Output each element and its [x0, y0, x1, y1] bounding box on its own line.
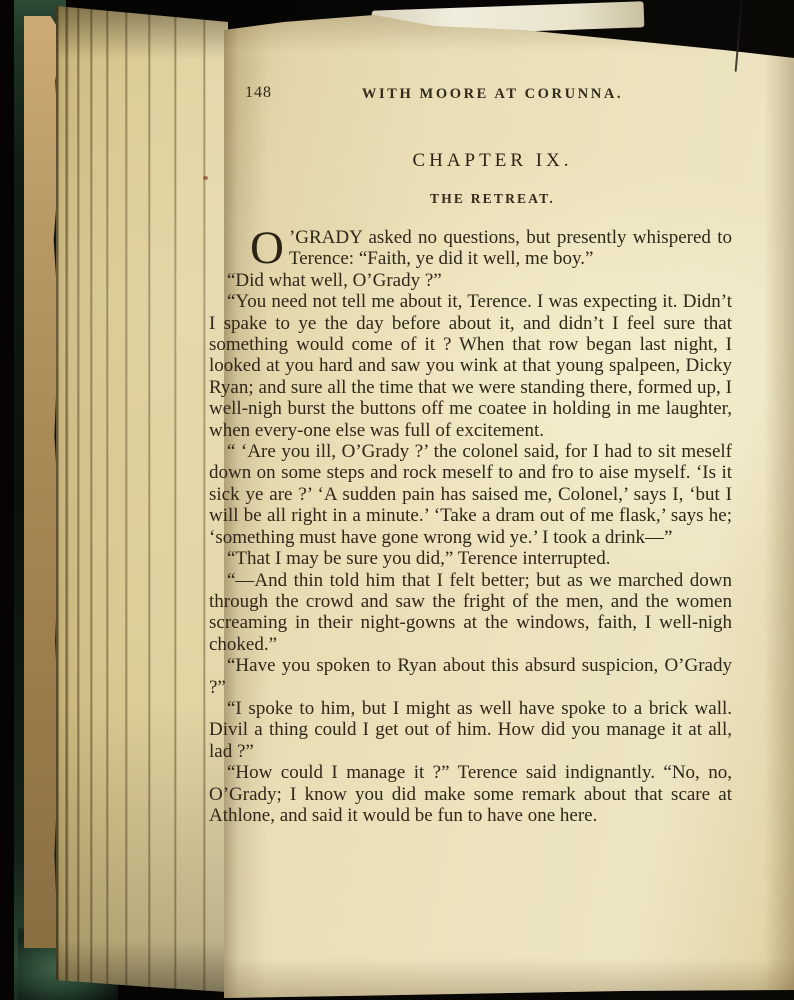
paragraph: “How could I manage it ?” Terence said i… — [209, 762, 732, 826]
paragraph: “I spoke to him, but I might as well hav… — [209, 698, 732, 762]
paragraph: “Have you spoken to Ryan about this absu… — [209, 655, 732, 698]
running-header: WITH MOORE AT CORUNNA. — [240, 86, 745, 103]
chapter-subtitle: THE RETREAT. — [240, 191, 745, 207]
paragraph-text: ’GRADY asked no questions, but presently… — [289, 227, 732, 269]
paragraph: “Did what well, O’Grady ?” — [209, 270, 732, 291]
paragraph: “You need not tell me about it, Terence.… — [209, 291, 732, 441]
paragraph: “—And thin told him that I felt better; … — [209, 570, 732, 656]
body-text: O’GRADY asked no questions, but presentl… — [209, 227, 732, 826]
chapter-heading: CHAPTER IX. — [240, 150, 745, 172]
book-photograph: 148 WITH MOORE AT CORUNNA. CHAPTER IX. T… — [0, 0, 794, 1000]
paragraph: O’GRADY asked no questions, but presentl… — [209, 227, 732, 270]
paper-fleck — [203, 176, 208, 180]
paragraph: “That I may be sure you did,” Terence in… — [209, 548, 732, 569]
paragraph: “ ‘Are you ill, O’Grady ?’ the colonel s… — [209, 441, 732, 548]
page-content: 148 WITH MOORE AT CORUNNA. CHAPTER IX. T… — [0, 0, 794, 1000]
drop-cap: O — [250, 227, 289, 266]
